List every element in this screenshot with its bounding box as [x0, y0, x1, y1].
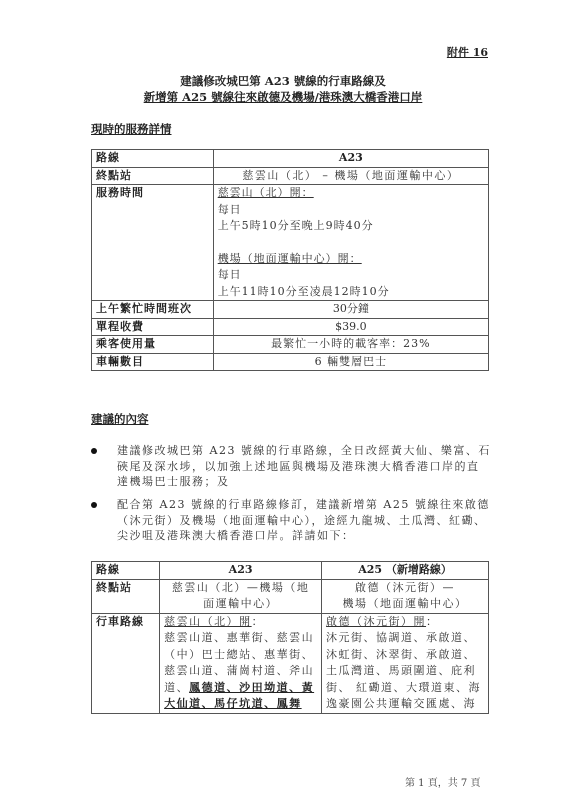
annex-label: 附件 16 — [447, 44, 488, 60]
a25-routing-heading: 啟德（沐元街）開 — [326, 615, 426, 628]
table-row: 終點站 慈雲山（北） – 機場（地面運輸中心） — [92, 167, 489, 185]
current-service-table: 路線 A23 終點站 慈雲山（北） – 機場（地面運輸中心） 服務時間 慈雲山（… — [91, 149, 489, 371]
route-label: 路線 — [92, 150, 214, 168]
bullet-icon — [91, 502, 97, 508]
fleet-label: 車輛數目 — [92, 353, 214, 371]
route-value: A23 — [213, 150, 488, 168]
table-row: 車輛數目 6 輛雙層巴士 — [92, 353, 489, 371]
usage-value: 最繁忙一小時的載客率：23% — [213, 336, 488, 354]
current-service-heading: 現時的服務詳情 — [91, 121, 172, 137]
a23-routing-line: 慈雲山道、蒲崗村道、斧山 — [164, 663, 317, 680]
terminus-label: 終點站 — [92, 579, 160, 613]
usage-label: 乘客使用量 — [92, 336, 214, 354]
fare-value: $39.0 — [213, 318, 488, 336]
proposal-bullet-1: 建議修改城巴第 A23 號線的行車路線，全日改經黃大仙、樂富、石硤尾及深水埗，以… — [91, 443, 491, 490]
table-row: 路線 A23 — [92, 150, 489, 168]
table-row: 服務時間 慈雲山（北）開： 每日 上午5時10分至晚上9時40分 機場（地面運輸… — [92, 185, 489, 301]
a25-routing-line: 土瓜灣道、馬頭圍道、庇利 — [326, 663, 484, 680]
routing-label: 行車路線 — [92, 613, 160, 713]
table-row: 單程收費 $39.0 — [92, 318, 489, 336]
page-number: 第 1 頁，共 7 頁 — [405, 774, 480, 789]
col-a25-header: A25 （新增路線） — [322, 562, 489, 580]
fleet-value: 6 輛雙層巴士 — [213, 353, 488, 371]
fare-label: 單程收費 — [92, 318, 214, 336]
a23-routing-line: 道、 — [164, 681, 189, 694]
terminus-value: 慈雲山（北） – 機場（地面運輸中心） — [213, 167, 488, 185]
terminus-label: 終點站 — [92, 167, 214, 185]
doc-title-line1: 建議修改城巴第 A23 號線的行車路線及 — [0, 73, 566, 89]
col-a23-header: A23 — [160, 562, 322, 580]
table-row: 上午繁忙時間班次 30分鐘 — [92, 301, 489, 319]
table-row: 路線 A23 A25 （新增路線） — [92, 562, 489, 580]
dep2-time: 上午11時10分至凌晨12時10分 — [218, 284, 484, 301]
a25-terminus-line1: 啟德（沐元街）— — [326, 580, 484, 597]
dep1-days: 每日 — [218, 202, 484, 219]
a23-routing-heading: 慈雲山（北）開 — [164, 615, 252, 628]
a23-routing-new-segment: 鳳德道、沙田坳道、黃 — [189, 681, 314, 694]
a25-routing-line: 街、 紅磡道、大環道東、海 — [326, 680, 484, 697]
a23-routing-new-segment: 大仙道、馬仔坑道、鳳舞 — [164, 696, 317, 713]
a25-routing-line: 沐元街、協調道、承啟道、 — [326, 630, 484, 647]
a23-routing-line: （中）巴士總站、惠華街、 — [164, 647, 317, 664]
proposal-heading: 建議的內容 — [91, 411, 149, 427]
table-row: 行車路線 慈雲山（北）開： 慈雲山道、惠華街、慈雲山 （中）巴士總站、惠華街、 … — [92, 613, 489, 713]
proposal-bullet-2: 配合第 A23 號線的行車路線修訂，建議新增第 A25 號線往來啟德（沐元街）及… — [91, 497, 491, 544]
dep1-time: 上午5時10分至晚上9時40分 — [218, 218, 484, 235]
route-label: 路線 — [92, 562, 160, 580]
table-row: 乘客使用量 最繁忙一小時的載客率：23% — [92, 336, 489, 354]
a23-terminus-line1: 慈雲山（北）—機場（地 — [164, 580, 317, 597]
a23-routing-line: 慈雲山道、惠華街、慈雲山 — [164, 630, 317, 647]
a25-routing-line: 逸豪園公共運輸交匯處、海 — [326, 696, 484, 713]
a25-routing-line: 沐虹街、沐翠街、承啟道、 — [326, 647, 484, 664]
doc-title-line2: 新增第 A25 號線往來啟德及機場/港珠澳大橋香港口岸 — [0, 89, 566, 105]
dep2-heading: 機場（地面運輸中心）開： — [218, 251, 484, 268]
a23-terminus-line2: 面運輸中心） — [164, 596, 317, 613]
hours-label: 服務時間 — [92, 185, 214, 301]
proposal-route-table: 路線 A23 A25 （新增路線） 終點站 慈雲山（北）—機場（地 面運輸中心）… — [91, 561, 489, 714]
dep2-days: 每日 — [218, 267, 484, 284]
table-row: 終點站 慈雲山（北）—機場（地 面運輸中心） 啟德（沐元街）— 機場（地面運輸中… — [92, 579, 489, 613]
dep1-heading: 慈雲山（北）開： — [218, 185, 484, 202]
a25-terminus-line2: 機場（地面運輸中心） — [326, 596, 484, 613]
frequency-value: 30分鐘 — [213, 301, 488, 319]
bullet-icon — [91, 448, 97, 454]
frequency-label: 上午繁忙時間班次 — [92, 301, 214, 319]
